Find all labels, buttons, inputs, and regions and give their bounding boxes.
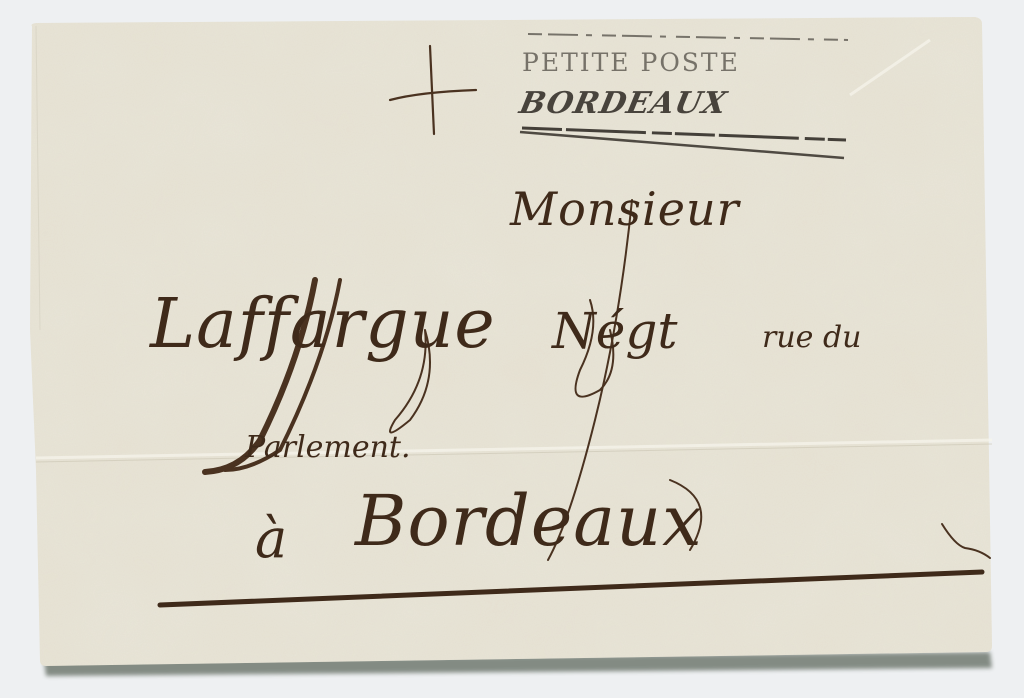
letter-photo: PETITE POSTE BORDEAUX Monsieur Laffargue… [0,0,1024,698]
address-street: Parlement. [245,430,411,465]
address-street-prefix: rue du [762,320,861,355]
address-name: Laffargue [150,285,496,364]
address-title: Négt [552,302,677,360]
postmark-line-2: BORDEAUX [516,86,730,121]
postmark-line-1: PETITE POSTE [522,48,740,77]
address-city-prefix: à [255,507,287,570]
address-salutation: Monsieur [510,182,740,236]
address-city: Bordeaux [355,480,703,562]
